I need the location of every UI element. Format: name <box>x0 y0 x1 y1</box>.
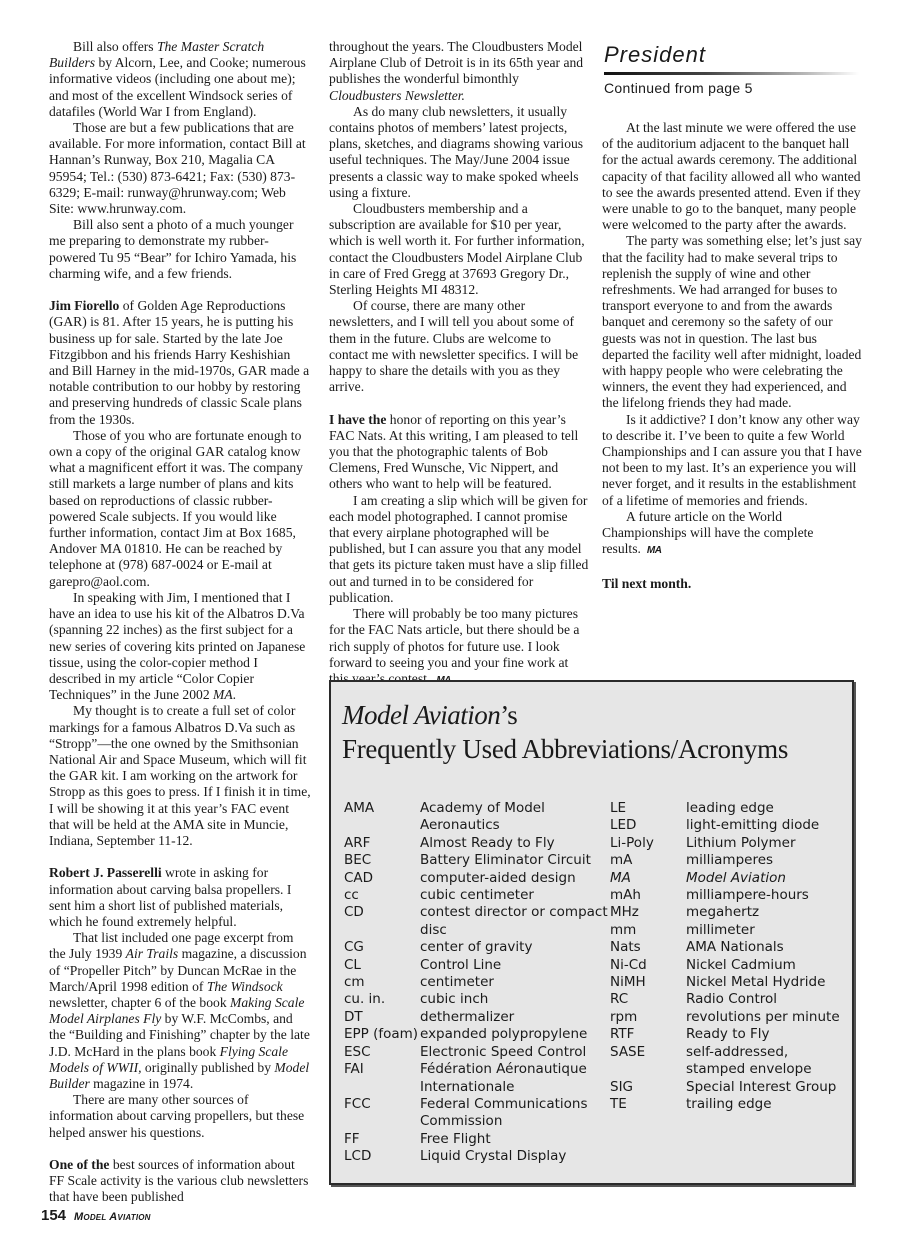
box-title-line1: Model Aviation’s <box>342 700 517 731</box>
abbreviation-row: Li-PolyLithium Polymer <box>610 835 850 852</box>
page-footer: 154 Model Aviation <box>41 1207 151 1224</box>
text-segment: Of course, there are many other newslett… <box>329 298 578 394</box>
abbreviation: SASE <box>610 1044 686 1079</box>
text-segment: Cloudbusters membership and a subscripti… <box>329 201 585 297</box>
abbreviation: LCD <box>344 1148 420 1165</box>
abbreviation-meaning: Free Flight <box>420 1131 609 1148</box>
abbreviation-meaning: leading edge <box>686 800 850 817</box>
text-segment: There are many other sources of informat… <box>49 1092 304 1139</box>
abbreviation-row: CGcenter of gravity <box>344 939 609 956</box>
abbreviation-row: LEDlight-emitting diode <box>610 817 850 834</box>
italic-title: The Windsock <box>207 979 283 994</box>
paragraph: At the last minute we were offered the u… <box>602 120 864 233</box>
paragraph: throughout the years. The Cloudbusters M… <box>329 39 591 104</box>
abbreviation: EPP (foam) <box>344 1026 420 1043</box>
lead-in-bold: I have the <box>329 412 386 427</box>
paragraph: Is it addictive? I don’t know any other … <box>602 412 864 509</box>
abbreviation-meaning: revolutions per minute <box>686 1009 850 1026</box>
abbreviation: mm <box>610 922 686 939</box>
text-segment: As do many club newsletters, it usually … <box>329 104 583 200</box>
abbreviation: NiMH <box>610 974 686 991</box>
article-column-1: Bill also offers The Master Scratch Buil… <box>49 39 311 1206</box>
text-segment: Bill also offers <box>73 39 157 54</box>
abbreviation-row: mAhmilliampere-hours <box>610 887 850 904</box>
text-segment: Is it addictive? I don’t know any other … <box>602 412 862 508</box>
abbreviation-meaning: Special Interest Group <box>686 1079 850 1096</box>
article-column-2: throughout the years. The Cloudbusters M… <box>329 39 591 689</box>
abbreviation: LE <box>610 800 686 817</box>
paragraph: There are many other sources of informat… <box>49 1092 311 1141</box>
section-title: President <box>604 42 864 68</box>
text-segment: Those are but a few publications that ar… <box>49 120 306 216</box>
abbreviation-row: ESCElectronic Speed Control <box>344 1044 609 1061</box>
abbreviation: CAD <box>344 870 420 887</box>
paragraph: A future article on the World Championsh… <box>602 509 864 560</box>
abbreviations-sidebar-box: Model Aviation’s Frequently Used Abbrevi… <box>329 680 854 1185</box>
abbreviation-meaning: AMA Nationals <box>686 939 850 956</box>
footer-magazine-title: Model Aviation <box>74 1211 151 1223</box>
text-segment: originally published by <box>142 1060 275 1075</box>
abbreviation-meaning: Fédération Aéronautique Internationale <box>420 1061 609 1096</box>
abbreviation-row: FAIFédération Aéronautique International… <box>344 1061 609 1096</box>
paragraph: Jim Fiorello of Golden Age Reproductions… <box>49 298 311 428</box>
abbreviation-row: ARFAlmost Ready to Fly <box>344 835 609 852</box>
abbreviation: ARF <box>344 835 420 852</box>
abbreviation: cm <box>344 974 420 991</box>
abbreviation-meaning: Liquid Crystal Display <box>420 1148 609 1165</box>
text-segment: My thought is to create a full set of co… <box>49 703 311 848</box>
paragraph: Those of you who are fortunate enough to… <box>49 428 311 590</box>
abbreviation-meaning: centimeter <box>420 974 609 991</box>
abbreviation-row: cmcentimeter <box>344 974 609 991</box>
abbreviation-meaning: Electronic Speed Control <box>420 1044 609 1061</box>
text-segment: throughout the years. The Cloudbusters M… <box>329 39 583 86</box>
text-segment: The party was something else; let’s just… <box>602 233 862 410</box>
article-column-3: At the last minute we were offered the u… <box>602 120 864 592</box>
lead-in-bold: Robert J. Passerelli <box>49 865 162 880</box>
abbreviation-row: MHzmegahertz <box>610 904 850 921</box>
abbreviation-row: CDcontest director or compact disc <box>344 904 609 939</box>
abbreviation: FF <box>344 1131 420 1148</box>
abbreviation-row: MAModel Aviation <box>610 870 850 887</box>
paragraph: The party was something else; let’s just… <box>602 233 864 411</box>
abbreviation: CG <box>344 939 420 956</box>
abbreviation-meaning: center of gravity <box>420 939 609 956</box>
abbreviation: FAI <box>344 1061 420 1096</box>
abbreviation-meaning: Nickel Cadmium <box>686 957 850 974</box>
abbreviation-row: RCRadio Control <box>610 991 850 1008</box>
abbreviation-meaning: Battery Eliminator Circuit <box>420 852 609 869</box>
abbreviation-row: mmmillimeter <box>610 922 850 939</box>
abbreviation-meaning: cubic centimeter <box>420 887 609 904</box>
abbreviation-row: FFFree Flight <box>344 1131 609 1148</box>
lead-in-bold: Til next month. <box>602 576 691 591</box>
abbreviation-row: LEleading edge <box>610 800 850 817</box>
text-segment: There will probably be too many pictures… <box>329 606 579 686</box>
abbreviation: DT <box>344 1009 420 1026</box>
lead-in-bold: Jim Fiorello <box>49 298 119 313</box>
paragraph: Cloudbusters membership and a subscripti… <box>329 201 591 298</box>
abbreviation-row: LCDLiquid Crystal Display <box>344 1148 609 1165</box>
abbreviation-meaning: Almost Ready to Fly <box>420 835 609 852</box>
abbreviation: RC <box>610 991 686 1008</box>
text-segment: of Golden Age Reproductions (GAR) is 81.… <box>49 298 309 426</box>
text-segment: newsletter, chapter 6 of the book <box>49 995 230 1010</box>
abbreviation-row: FCCFederal Communications Commission <box>344 1096 609 1131</box>
text-segment: Bill also sent a photo of a much younger… <box>49 217 296 281</box>
paragraph: I have the honor of reporting on this ye… <box>329 412 591 493</box>
abbreviation-row: rpmrevolutions per minute <box>610 1009 850 1026</box>
box-title-possessive: ’s <box>500 700 517 730</box>
abbreviation: BEC <box>344 852 420 869</box>
text-segment: At the last minute we were offered the u… <box>602 120 861 232</box>
abbreviation: cu. in. <box>344 991 420 1008</box>
president-section-header: President Continued from page 5 <box>604 42 864 96</box>
abbreviation-row: TEtrailing edge <box>610 1096 850 1113</box>
continued-from-label: Continued from page 5 <box>604 80 864 96</box>
abbreviation-meaning: expanded polypropylene <box>420 1026 609 1043</box>
abbreviation: SIG <box>610 1079 686 1096</box>
abbreviation-meaning: contest director or compact disc <box>420 904 609 939</box>
abbreviation-row: NatsAMA Nationals <box>610 939 850 956</box>
abbreviation-row: cu. in.cubic inch <box>344 991 609 1008</box>
abbreviation: mA <box>610 852 686 869</box>
abbreviation-meaning: Ready to Fly <box>686 1026 850 1043</box>
abbreviation: CD <box>344 904 420 939</box>
paragraph: As do many club newsletters, it usually … <box>329 104 591 201</box>
abbreviation-row: mAmilliamperes <box>610 852 850 869</box>
abbreviation-meaning: self-addressed, stamped envelope <box>686 1044 850 1079</box>
abbreviation-row: CADcomputer-aided design <box>344 870 609 887</box>
paragraph: My thought is to create a full set of co… <box>49 703 311 849</box>
paragraph: That list included one page excerpt from… <box>49 930 311 1092</box>
abbreviations-list-right: LEleading edgeLEDlight-emitting diodeLi-… <box>610 800 850 1113</box>
paragraph: Of course, there are many other newslett… <box>329 298 591 395</box>
abbreviation-row: DTdethermalizer <box>344 1009 609 1026</box>
text-segment: Those of you who are fortunate enough to… <box>49 428 303 589</box>
box-title-line2: Frequently Used Abbreviations/Acronyms <box>342 734 788 765</box>
italic-title: Cloudbusters Newsletter. <box>329 88 465 103</box>
abbreviation-meaning: milliamperes <box>686 852 850 869</box>
abbreviation-meaning: cubic inch <box>420 991 609 1008</box>
text-segment: A future article on the World Championsh… <box>602 509 813 556</box>
paragraph: In speaking with Jim, I mentioned that I… <box>49 590 311 703</box>
abbreviation-row: SIGSpecial Interest Group <box>610 1079 850 1096</box>
box-title-magazine: Model Aviation <box>342 700 500 730</box>
abbreviation: TE <box>610 1096 686 1113</box>
abbreviation-meaning: milliampere-hours <box>686 887 850 904</box>
abbreviation: Ni-Cd <box>610 957 686 974</box>
abbreviation-row: CLControl Line <box>344 957 609 974</box>
abbreviation: MA <box>610 870 686 887</box>
text-segment: . <box>233 687 236 702</box>
abbreviations-list-left: AMAAcademy of Model AeronauticsARFAlmost… <box>344 800 609 1166</box>
abbreviation-meaning: light-emitting diode <box>686 817 850 834</box>
abbreviation-row: SASEself-addressed, stamped envelope <box>610 1044 850 1079</box>
abbreviation: MHz <box>610 904 686 921</box>
abbreviation-meaning: trailing edge <box>686 1096 850 1113</box>
abbreviation-meaning: Model Aviation <box>686 870 850 887</box>
text-segment: In speaking with Jim, I mentioned that I… <box>49 590 305 702</box>
abbreviation: AMA <box>344 800 420 835</box>
abbreviation: Nats <box>610 939 686 956</box>
paragraph: Bill also offers The Master Scratch Buil… <box>49 39 311 120</box>
abbreviation-meaning: Federal Communications Commission <box>420 1096 609 1131</box>
abbreviation-meaning: Lithium Polymer <box>686 835 850 852</box>
abbreviation-row: cccubic centimeter <box>344 887 609 904</box>
paragraph: Those are but a few publications that ar… <box>49 120 311 217</box>
lead-in-bold: One of the <box>49 1157 109 1172</box>
abbreviation-row: BECBattery Eliminator Circuit <box>344 852 609 869</box>
abbreviation-meaning: Control Line <box>420 957 609 974</box>
italic-title: Air Trails <box>126 946 179 961</box>
abbreviation: rpm <box>610 1009 686 1026</box>
abbreviation-row: NiMHNickel Metal Hydride <box>610 974 850 991</box>
abbreviation: FCC <box>344 1096 420 1131</box>
abbreviation: mAh <box>610 887 686 904</box>
abbreviation-meaning: Radio Control <box>686 991 850 1008</box>
abbreviation-meaning: millimeter <box>686 922 850 939</box>
abbreviation-meaning: computer-aided design <box>420 870 609 887</box>
text-segment: I am creating a slip which will be given… <box>329 493 588 605</box>
abbreviation-row: RTFReady to Fly <box>610 1026 850 1043</box>
abbreviation: Li-Poly <box>610 835 686 852</box>
paragraph: Bill also sent a photo of a much younger… <box>49 217 311 282</box>
paragraph: I am creating a slip which will be given… <box>329 493 591 606</box>
page-number: 154 <box>41 1207 66 1224</box>
paragraph: Robert J. Passerelli wrote in asking for… <box>49 865 311 930</box>
abbreviation: RTF <box>610 1026 686 1043</box>
ma-end-mark-icon: MA <box>647 545 662 556</box>
title-rule-divider <box>604 72 859 75</box>
paragraph: Til next month. <box>602 576 864 592</box>
abbreviation-meaning: Academy of Model Aeronautics <box>420 800 609 835</box>
abbreviation: LED <box>610 817 686 834</box>
abbreviation: ESC <box>344 1044 420 1061</box>
abbreviation-meaning: megahertz <box>686 904 850 921</box>
abbreviation-row: EPP (foam)expanded polypropylene <box>344 1026 609 1043</box>
abbreviation: CL <box>344 957 420 974</box>
text-segment: magazine in 1974. <box>90 1076 193 1091</box>
paragraph: There will probably be too many pictures… <box>329 606 591 689</box>
italic-title: MA <box>213 687 233 702</box>
abbreviation-meaning: dethermalizer <box>420 1009 609 1026</box>
abbreviation-row: Ni-CdNickel Cadmium <box>610 957 850 974</box>
abbreviation-meaning: Nickel Metal Hydride <box>686 974 850 991</box>
paragraph: One of the best sources of information a… <box>49 1157 311 1206</box>
abbreviation-row: AMAAcademy of Model Aeronautics <box>344 800 609 835</box>
abbreviation: cc <box>344 887 420 904</box>
